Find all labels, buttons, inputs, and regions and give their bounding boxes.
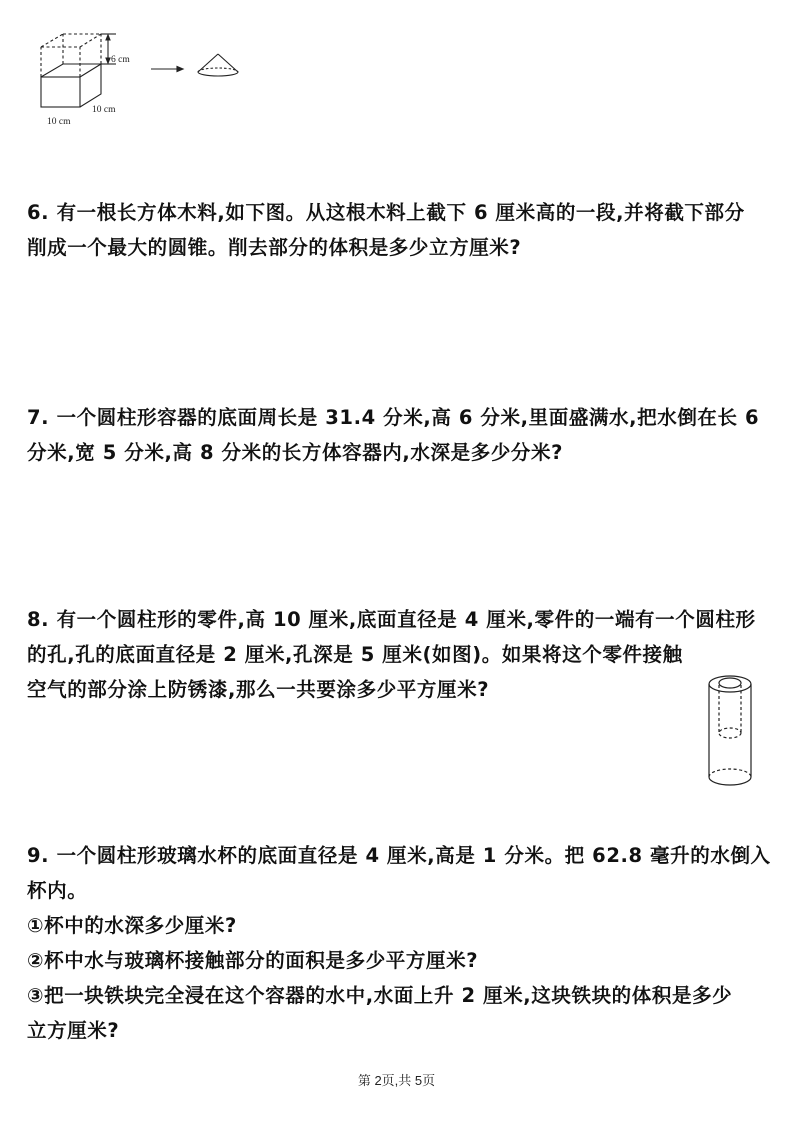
label-depth: 10 cm [92,105,116,115]
question-7: 7. 一个圆柱形容器的底面周长是 31.4 分米,高 6 分米,里面盛满水,把水… [27,400,767,470]
question-8: 8. 有一个圆柱形的零件,高 10 厘米,底面直径是 4 厘米,零件的一端有一个… [27,602,767,707]
question-7-line-2: 分米,宽 5 分米,高 8 分米的长方体容器内,水深是多少分米? [27,435,767,470]
question-9: 9. 一个圆柱形玻璃水杯的底面直径是 4 厘米,高是 1 分米。把 62.8 毫… [27,838,767,1048]
cuboid-to-cone-figure: 6 cm 10 cm 10 cm [0,0,260,135]
question-9-line-1: 9. 一个圆柱形玻璃水杯的底面直径是 4 厘米,高是 1 分米。把 62.8 毫… [27,838,767,873]
question-8-line-3: 空气的部分涂上防锈漆,那么一共要涂多少平方厘米? [27,672,767,707]
cylinder-with-hole-figure [700,665,760,795]
question-9-sub-1: ①杯中的水深多少厘米? [27,908,767,943]
question-8-line-2: 的孔,孔的底面直径是 2 厘米,孔深是 5 厘米(如图)。如果将这个零件接触 [27,637,767,672]
question-6: 6. 有一根长方体木料,如下图。从这根木料上截下 6 厘米高的一段,并将截下部分… [27,195,767,265]
question-8-line-1: 8. 有一个圆柱形的零件,高 10 厘米,底面直径是 4 厘米,零件的一端有一个… [27,602,767,637]
question-7-line-1: 7. 一个圆柱形容器的底面周长是 31.4 分米,高 6 分米,里面盛满水,把水… [27,400,767,435]
question-9-line-2: 杯内。 [27,873,767,908]
page-number-footer: 第 2页,共 5页 [0,1070,793,1089]
question-6-line-2: 削成一个最大的圆锥。削去部分的体积是多少立方厘米? [27,230,767,265]
label-height: 6 cm [111,55,130,65]
question-6-line-1: 6. 有一根长方体木料,如下图。从这根木料上截下 6 厘米高的一段,并将截下部分 [27,195,767,230]
question-9-sub-3-cont: 立方厘米? [27,1013,767,1048]
question-9-sub-3: ③把一块铁块完全浸在这个容器的水中,水面上升 2 厘米,这块铁块的体积是多少 [27,978,767,1013]
question-9-sub-2: ②杯中水与玻璃杯接触部分的面积是多少平方厘米? [27,943,767,978]
label-width: 10 cm [47,117,71,127]
